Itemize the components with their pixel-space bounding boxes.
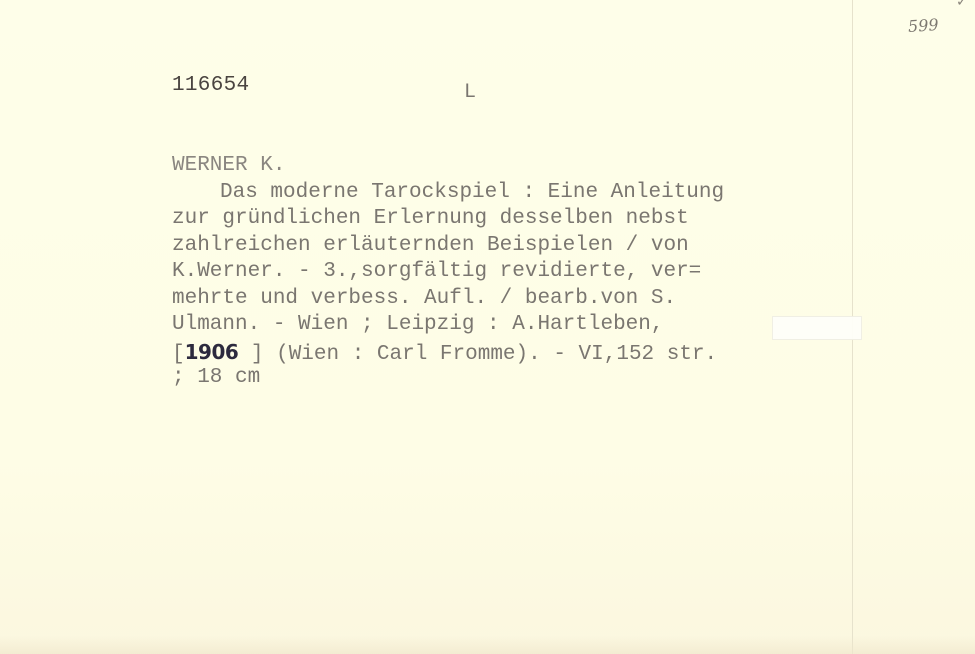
title-line-2: zur gründlichen Erlernung desselben nebs… xyxy=(172,206,724,233)
year-line: [1906 ] (Wien : Carl Fromme). - VI,152 s… xyxy=(172,339,724,366)
edition-line-1: K.Werner. - 3.,sorgfältig revidierte, ve… xyxy=(172,259,724,286)
publisher-pagination: ] (Wien : Carl Fromme). - VI,152 str. xyxy=(238,343,717,366)
author-heading: WERNER K. xyxy=(172,153,724,180)
correction-tape-patch xyxy=(772,316,862,340)
imprint-line: Ulmann. - Wien ; Leipzig : A.Hartleben, xyxy=(172,312,724,339)
edition-line-2: mehrte und verbess. Aufl. / bearb.von S. xyxy=(172,286,724,313)
handwritten-check-icon: ✓ xyxy=(956,0,968,10)
year-bracket: [ xyxy=(172,343,185,366)
card-bottom-shadow xyxy=(0,636,975,654)
catalog-card: 116654 L 599 ✓ WERNER K. Das moderne Tar… xyxy=(0,0,975,654)
title-line-3: zahlreichen erläuternden Beispielen / vo… xyxy=(172,233,724,260)
location-code: L xyxy=(464,80,476,106)
year-stamp: 1906 xyxy=(185,340,239,364)
bibliographic-entry: WERNER K. Das moderne Tarockspiel : Eine… xyxy=(172,153,724,392)
handwritten-shelf-note: 599 xyxy=(907,15,939,36)
accession-number: 116654 xyxy=(172,73,249,99)
dimensions-line: ; 18 cm xyxy=(172,365,724,392)
title-line-1: Das moderne Tarockspiel : Eine Anleitung xyxy=(172,180,724,207)
